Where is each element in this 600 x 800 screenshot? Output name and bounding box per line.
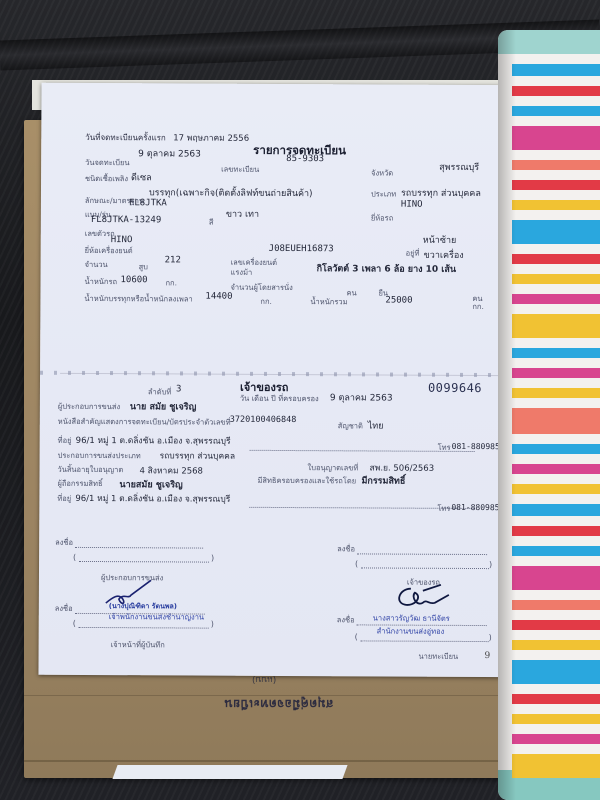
location-1: หน้าซ้าย: [423, 233, 457, 247]
engine-brand-label: ยี่ห้อเครื่องยนต์: [85, 245, 133, 257]
engine-no: J08EUEH16873: [269, 244, 334, 254]
fuel-label: ชนิดเชื้อเพลิง: [85, 173, 128, 185]
sign-label-owner: ลงชื่อ: [337, 543, 355, 555]
transport-type: รถบรรทุก ส่วนบุคคล: [160, 448, 236, 462]
kg-unit: กก.: [165, 277, 177, 289]
engine-brand: HINO: [111, 235, 133, 245]
id-label: หนังสือสำคัญแสดงการจดทะเบียน/บัตรประจำตั…: [58, 416, 231, 429]
cc: 212: [165, 255, 181, 265]
nationality-label: สัญชาติ: [338, 420, 363, 432]
location-label: อยู่ที่: [406, 248, 420, 260]
roll-stripe: [512, 294, 600, 304]
roll-stripe: [512, 620, 600, 630]
license-exp-label: วันสิ้นอายุใบอนุญาต: [57, 464, 123, 476]
first-reg-label: วันที่จดทะเบียนครั้งแรก: [85, 131, 166, 144]
registrar-name-line: [361, 640, 489, 642]
roll-stripe: [512, 444, 600, 454]
province: สุพรรณบุรี: [439, 160, 479, 174]
envelope-fold: [24, 760, 506, 762]
color-label: สี: [209, 217, 214, 229]
roll-stripe: [512, 408, 600, 434]
roll-stripe: [512, 160, 600, 170]
cylinders-label: จำนวน: [85, 259, 108, 271]
brand-label: ยี่ห้อรถ: [371, 212, 393, 224]
roll-stripe: [512, 526, 600, 536]
white-paper-slip: [112, 765, 347, 779]
paren-open: (: [73, 553, 76, 562]
roll-stripe: [512, 600, 600, 610]
first-reg-date: 17 พฤษภาคม 2556: [173, 130, 249, 144]
phone-label: โทร: [438, 442, 451, 454]
address: 96/1 หมู่ 1 ต.ดลิ่งชัน อ.เมือง จ.สุพรรณบ…: [76, 433, 231, 448]
license-no-label: ใบอนุญาตเลขที่: [308, 462, 359, 474]
sign-label-registrar: ลงชื่อ: [337, 614, 355, 626]
weight-label: น้ำหนักรถ: [84, 276, 117, 288]
recorder-name-line: [79, 627, 209, 629]
paren-close: ): [211, 554, 214, 563]
holder-label: ผู้ถือกรรมสิทธิ์: [57, 478, 102, 490]
brand: HINO: [401, 200, 423, 210]
owner-name-line: [361, 567, 489, 569]
cylinders-unit: สูบ: [139, 261, 148, 273]
id-number: 3720100406848: [230, 415, 297, 425]
serial-number: 0099646: [428, 381, 482, 395]
holder-address: 96/1 หมู่ 1 ต.ดลิ่งชัน อ.เมือง จ.สุพรรณบ…: [75, 491, 230, 506]
possession-date: 9 ตุลาคม 2563: [330, 390, 393, 404]
paren-open: (: [73, 619, 76, 628]
seq: 3: [176, 384, 181, 394]
roll-stripe: [512, 754, 600, 778]
paren-open: (: [355, 559, 358, 568]
load: 14400: [205, 292, 232, 302]
roll-stripe: [512, 660, 600, 684]
reg-date: 9 ตุลาคม 2563: [138, 146, 201, 160]
holder: นายสมัย ชูเจริญ: [119, 477, 182, 491]
transport-type-label: ประกอบการขนส่งประเภท: [58, 450, 141, 462]
operator: นาย สมัย ชูเจริญ: [130, 399, 196, 413]
page-number-bottom: 9: [485, 651, 491, 661]
color: ขาว เทา: [226, 207, 259, 221]
roll-stripe: [512, 734, 600, 744]
roll-stripe: [512, 348, 600, 358]
roll-stripe: [512, 464, 600, 474]
seats-label: จำนวนผู้โดยสารนั่ง: [230, 282, 292, 294]
envelope-label: สมุดคู่มือจดทะเบียน: [224, 694, 333, 713]
holder-phone-label: โทร: [437, 503, 450, 515]
model: FL8JTKA: [129, 198, 167, 208]
paren-close: ): [489, 560, 492, 569]
operator-name-line: [79, 561, 209, 563]
roll-stripe: [512, 274, 600, 284]
roll-stripe: [512, 714, 600, 724]
registrar-role: นายทะเบียน: [419, 651, 459, 663]
roll-stripe: [512, 254, 600, 264]
sign-label-operator: ลงชื่อ: [55, 537, 73, 549]
roll-shade: [498, 30, 516, 800]
chassis: FL8JTKA-13249: [91, 215, 162, 225]
roll-stripe: [512, 220, 600, 244]
load-label: น้ำหนักบรรทุกหรือน้ำหนักลงเพลา: [84, 293, 192, 306]
address-label: ที่อยู่: [58, 435, 72, 447]
location-2: ขวาเครื่อง: [424, 248, 464, 262]
reg-date-label: วันจดทะเบียน: [85, 157, 129, 169]
striped-roll: [498, 30, 600, 800]
registrar-stamp-office: สำนักงานขนส่งอู่ทอง: [377, 625, 445, 637]
hp-label: แรงม้า: [231, 267, 253, 279]
owner-sign-line[interactable]: [357, 553, 487, 555]
roll-stripe: [512, 566, 600, 590]
paren-close: ): [211, 620, 214, 629]
kw-axle-wheel: กิโลวัตต์ 3 เพลา 6 ล้อ ยาง 10 เส้น: [317, 261, 457, 276]
roll-stripe: [512, 64, 600, 76]
roll-stripe: [512, 180, 600, 190]
operator-sign-line[interactable]: [75, 547, 203, 549]
plate-label: เลขทะเบียน: [221, 164, 259, 176]
roll-stripe: [512, 484, 600, 494]
type: รถบรรทุก ส่วนบุคคล: [401, 186, 481, 200]
body: บรรทุก(เฉพาะกิจ(ติดตั้งลิฟท์ขนถ่ายสินค้า…: [149, 185, 313, 200]
province-label: จังหวัด: [371, 167, 393, 179]
possession-date-label: วัน เดือน ปี ที่ครอบครอง: [240, 393, 319, 405]
roll-stripe: [512, 504, 600, 516]
operator-label: ผู้ประกอบการขนส่ง: [58, 401, 120, 413]
paren-open: (: [355, 632, 358, 641]
holder-phone: 081-8809857: [451, 503, 504, 512]
kg-unit-2: กก.: [260, 296, 272, 308]
recorder-role: เจ้าหน้าที่ผู้บันทึก: [111, 639, 165, 651]
plate: 85-9303: [286, 154, 324, 164]
roll-stripe: [512, 640, 600, 650]
total-label: น้ำหนักรวม: [310, 296, 347, 308]
total: 25000: [385, 296, 412, 306]
roll-stripe: [512, 694, 600, 704]
weight: 10600: [120, 275, 147, 285]
type-label: ประเภท: [371, 188, 396, 200]
phone: 081-8809857: [452, 442, 505, 451]
roll-stripe: [512, 314, 600, 338]
license-exp: 4 สิงหาคม 2568: [139, 463, 203, 477]
registration-document: 8 วันที่จดทะเบียนครั้งแรก 17 พฤษภาคม 255…: [38, 83, 528, 678]
roll-stripe: [512, 126, 600, 150]
persons-unit: คน: [346, 287, 356, 299]
rights: มีกรรมสิทธิ์: [361, 473, 405, 487]
roll-stripe: [512, 86, 600, 96]
paren-close: ): [489, 633, 492, 642]
seq-label: ลำดับที่: [148, 386, 171, 398]
roll-stripe: [512, 368, 600, 378]
holder-address-label: ที่อยู่: [57, 493, 71, 505]
sign-label-recorder: ลงชื่อ: [55, 603, 73, 615]
rights-label: มีสิทธิครอบครองและใช้รถโดย: [257, 475, 356, 488]
roll-stripe: [512, 106, 600, 116]
roll-stripe: [512, 388, 600, 398]
kg-unit-3: กก.: [472, 301, 484, 313]
registrar-stamp-name: นางสาวรัญวัฒ ธานีจัตร: [373, 612, 450, 624]
nationality: ไทย: [368, 418, 384, 432]
roll-stripe: [512, 546, 600, 556]
fuel: ดีเซล: [131, 170, 152, 184]
roll-stripe: [512, 200, 600, 210]
